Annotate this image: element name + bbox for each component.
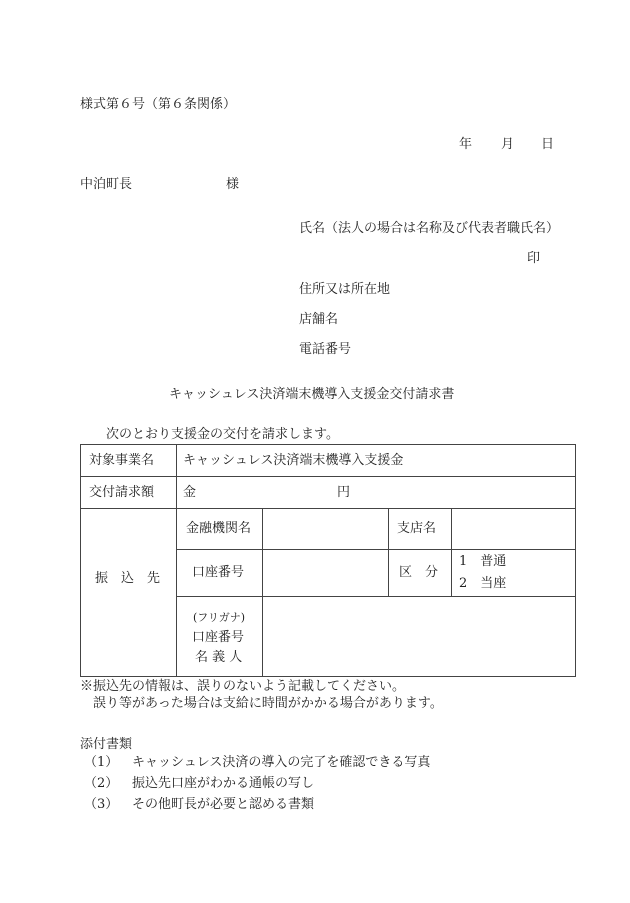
bank-label: 金融機関名 [186, 521, 251, 537]
applicant-phone-label: 電話番号 [299, 342, 351, 358]
account-type-option-2[interactable]: 2 当座 [459, 576, 506, 592]
attachment-text-2: 振込先口座がわかる通帳の写し [132, 776, 314, 792]
document-title: キャッシュレス決済端末機導入支援金交付請求書 [169, 387, 454, 403]
attachment-num-3: （3） [84, 797, 118, 813]
transfer-label: 振 込 先 [95, 571, 160, 587]
account-number-input[interactable] [264, 550, 387, 595]
addressee: 中泊町長 [80, 177, 132, 193]
divider [176, 445, 177, 676]
applicant-store-label: 店舗名 [299, 312, 338, 328]
date-day-label: 日 [541, 137, 554, 153]
account-type-option-1[interactable]: 1 普通 [459, 554, 506, 570]
divider [262, 596, 263, 676]
form-number: 様式第６号（第６条関係） [80, 97, 236, 113]
honorific: 様 [226, 177, 239, 193]
divider [388, 508, 389, 596]
account-type-label: 区 分 [399, 565, 438, 581]
attachment-num-1: （1） [84, 755, 118, 771]
bank-input[interactable] [264, 509, 387, 549]
note-line-1: ※振込先の情報は、誤りのないよう記載してください。 [80, 679, 405, 695]
holder-label-name: 名 義 人 [195, 650, 242, 666]
applicant-name-label: 氏名（法人の場合は名称及び代表者職氏名） [299, 221, 559, 237]
request-table: 対象事業名 キャッシュレス決済端末機導入支援金 交付請求額 金 円 振 込 先 … [80, 444, 576, 677]
branch-input[interactable] [453, 509, 574, 549]
intro-text: 次のとおり支援金の交付を請求します。 [106, 427, 339, 443]
branch-label: 支店名 [397, 521, 436, 537]
holder-label-furigana: (フリガナ) [193, 610, 245, 626]
attachments-heading: 添付書類 [80, 737, 132, 753]
divider [81, 476, 575, 477]
project-value: キャッシュレス決済端末機導入支援金 [183, 453, 403, 469]
attachment-num-2: （2） [84, 776, 118, 792]
holder-label-account: 口座番号 [192, 630, 244, 646]
note-line-2: 誤り等があった場合は支給に時間がかかる場合があります。 [93, 696, 443, 712]
applicant-address-label: 住所又は所在地 [299, 282, 390, 298]
account-number-label: 口座番号 [192, 565, 244, 581]
divider [262, 508, 263, 596]
amount-unit: 円 [337, 485, 350, 501]
seal-mark: 印 [527, 251, 540, 267]
date-year-label: 年 [459, 137, 472, 153]
attachment-text-1: キャッシュレス決済の導入の完了を確認できる写真 [132, 755, 430, 771]
date-month-label: 月 [501, 137, 514, 153]
amount-label: 交付請求額 [89, 485, 154, 501]
amount-input[interactable] [184, 481, 284, 503]
project-label: 対象事業名 [89, 453, 154, 469]
account-holder-input[interactable] [264, 597, 574, 675]
attachment-text-3: その他町長が必要と認める書類 [132, 797, 314, 813]
divider [451, 508, 452, 596]
